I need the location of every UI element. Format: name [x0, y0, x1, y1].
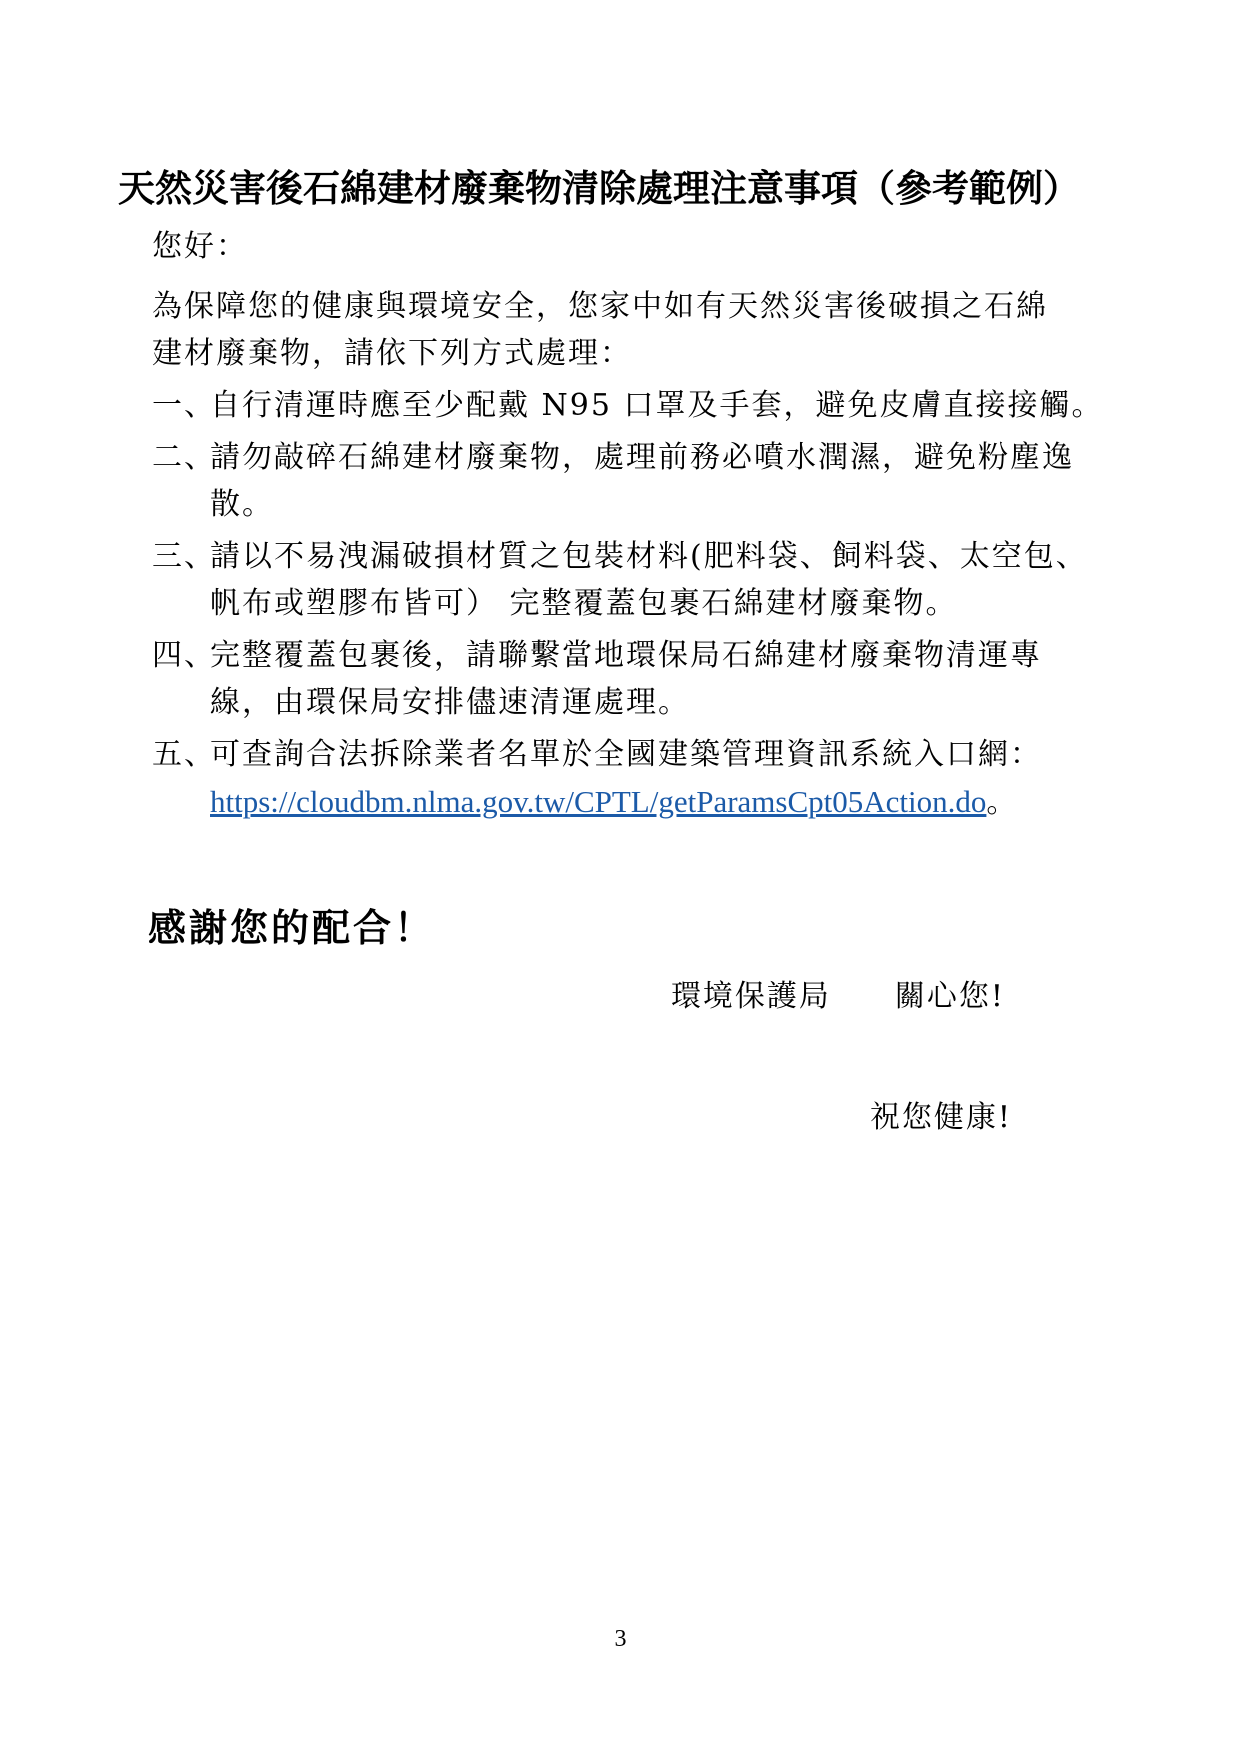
signoff-agency: 環境保護局 關心您!: [152, 971, 1075, 1015]
list-item-3: 三、 請以不易洩漏破損材質之包裝材料(肥料袋、飼料袋、太空包、 帆布或塑膠布皆可…: [152, 533, 1104, 627]
portal-link[interactable]: https://cloudbm.nlma.gov.tw/CPTL/getPara…: [210, 784, 986, 819]
greeting-text: 您好：: [152, 221, 248, 265]
thanks-text: 感謝您的配合！: [148, 897, 435, 952]
list-item-line: 請以不易洩漏破損材質之包裝材料(肥料袋、飼料袋、太空包、: [210, 533, 1104, 580]
list-item-5: 五、 可查詢合法拆除業者名單於全國建築管理資訊系統入口網： https://cl…: [152, 731, 1104, 826]
list-item-line: 散。: [210, 481, 1104, 528]
link-suffix-period: 。: [986, 785, 1018, 820]
list-item-number: 三、: [152, 533, 210, 580]
list-item-body: 完整覆蓋包裹後，請聯繫當地環保局石綿建材廢棄物清運專 線，由環保局安排儘速清運處…: [210, 632, 1104, 726]
document-page: 天然災害後石綿建材廢棄物清除處理注意事項（參考範例） 您好： 為保障您的健康與環…: [0, 0, 1241, 1755]
intro-paragraph: 為保障您的健康與環境安全，您家中如有天然災害後破損之石綿 建材廢棄物，請依下列方…: [152, 283, 1048, 377]
list-item-1: 一、 自行清運時應至少配戴 N95 口罩及手套，避免皮膚直接接觸。: [152, 382, 1104, 429]
page-number: 3: [0, 1626, 1241, 1653]
list-item-number: 四、: [152, 632, 210, 679]
intro-line: 為保障您的健康與環境安全，您家中如有天然災害後破損之石綿: [152, 283, 1048, 330]
list-item-body: 可查詢合法拆除業者名單於全國建築管理資訊系統入口網： https://cloud…: [210, 731, 1104, 826]
list-item-4: 四、 完整覆蓋包裹後，請聯繫當地環保局石綿建材廢棄物清運專 線，由環保局安排儘速…: [152, 632, 1104, 726]
list-item-line: 可查詢合法拆除業者名單於全國建築管理資訊系統入口網：: [210, 731, 1104, 778]
list-item-line: 請勿敲碎石綿建材廢棄物，處理前務必噴水潤濕，避免粉塵逸: [210, 434, 1104, 481]
list-item-number: 一、: [152, 382, 210, 429]
intro-line: 建材廢棄物，請依下列方式處理：: [152, 330, 1048, 377]
portal-link-line: https://cloudbm.nlma.gov.tw/CPTL/getPara…: [210, 778, 1104, 826]
list-item-number: 五、: [152, 731, 210, 778]
list-item-number: 二、: [152, 434, 210, 481]
signoff-wish: 祝您健康!: [152, 1092, 1075, 1136]
list-item-line: 自行清運時應至少配戴 N95 口罩及手套，避免皮膚直接接觸。: [210, 382, 1104, 429]
list-item-line: 帆布或塑膠布皆可） 完整覆蓋包裹石綿建材廢棄物。: [210, 580, 1104, 627]
list-item-2: 二、 請勿敲碎石綿建材廢棄物，處理前務必噴水潤濕，避免粉塵逸 散。: [152, 434, 1104, 528]
numbered-list: 一、 自行清運時應至少配戴 N95 口罩及手套，避免皮膚直接接觸。 二、 請勿敲…: [152, 382, 1104, 826]
list-item-body: 請勿敲碎石綿建材廢棄物，處理前務必噴水潤濕，避免粉塵逸 散。: [210, 434, 1104, 528]
list-item-line: 完整覆蓋包裹後，請聯繫當地環保局石綿建材廢棄物清運專: [210, 632, 1104, 679]
list-item-body: 自行清運時應至少配戴 N95 口罩及手套，避免皮膚直接接觸。: [210, 382, 1104, 429]
list-item-body: 請以不易洩漏破損材質之包裝材料(肥料袋、飼料袋、太空包、 帆布或塑膠布皆可） 完…: [210, 533, 1104, 627]
page-title: 天然災害後石綿建材廢棄物清除處理注意事項（參考範例）: [118, 158, 1080, 212]
list-item-line: 線，由環保局安排儘速清運處理。: [210, 679, 1104, 726]
